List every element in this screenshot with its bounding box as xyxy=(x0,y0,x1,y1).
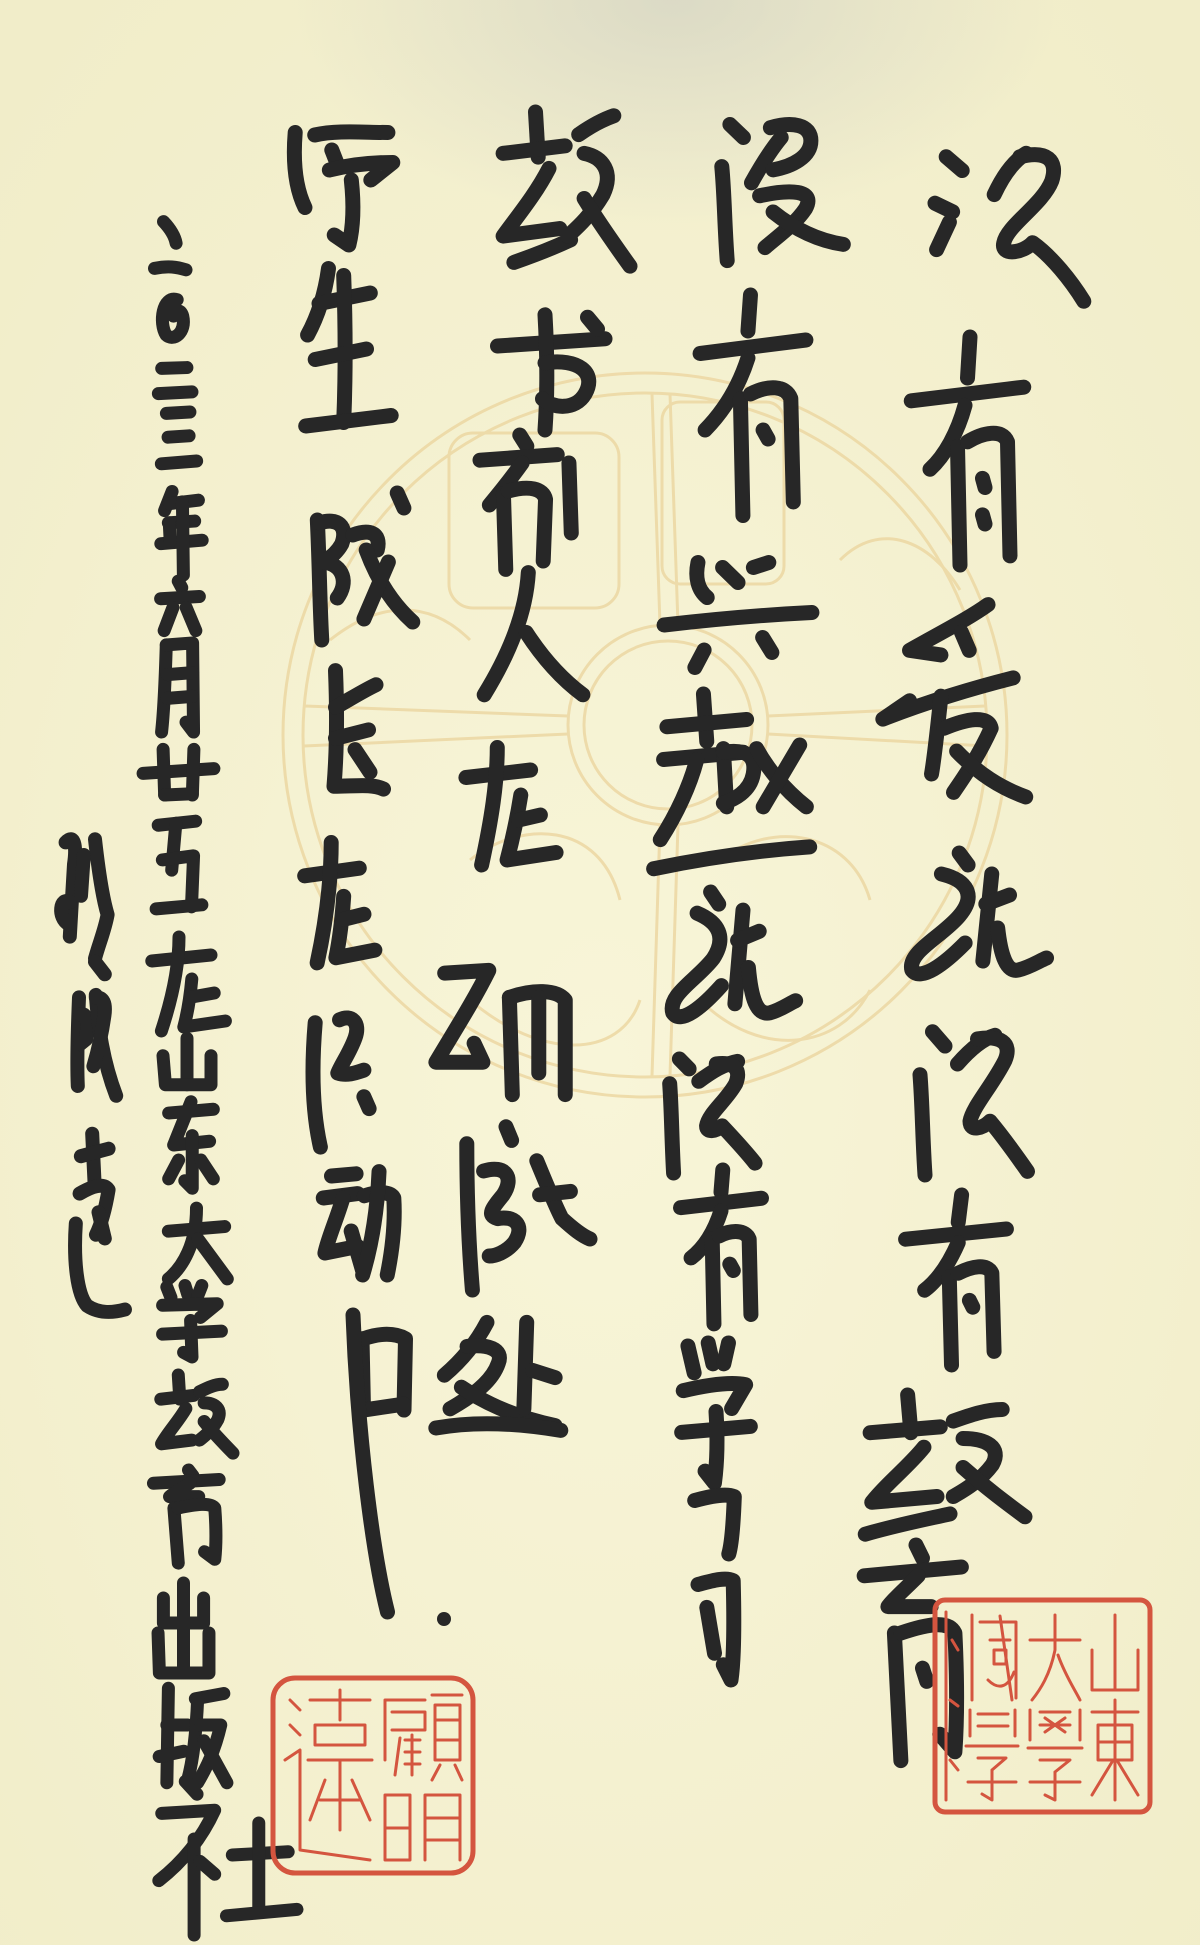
calligraphy-char: 爱 xyxy=(883,603,1026,843)
calligraphy-char: 二 xyxy=(152,219,192,295)
calligraphy-char: 山 xyxy=(160,1037,214,1098)
calligraphy-char: 五 xyxy=(156,815,203,922)
char-text: 学 xyxy=(161,1285,224,1365)
calligraphy-char: 没 xyxy=(665,1056,755,1186)
calligraphy-char: 书 xyxy=(496,313,609,438)
char-text: 东 xyxy=(163,1099,219,1198)
char-text: 二 xyxy=(157,361,195,405)
char-text: 就 xyxy=(907,853,1040,1010)
calligraphy-char: 没 xyxy=(935,146,1084,326)
calligraphy-canvas: 没 有 爱 就 xyxy=(0,0,1200,1945)
calligraphy-char: 有 xyxy=(681,1170,762,1338)
calligraphy-char: 没 xyxy=(911,1024,1027,1212)
calligraphy-char: 二 xyxy=(157,361,195,405)
char-text: 顾 xyxy=(57,835,122,1000)
char-text: 在 xyxy=(151,937,223,1042)
char-text: 远 xyxy=(70,1132,127,1329)
char-text: 细 xyxy=(437,967,569,1109)
char-text: 有 xyxy=(906,1198,1007,1376)
char-text: 在 xyxy=(304,843,374,977)
calligraphy-char: 东 xyxy=(163,1099,219,1198)
calligraphy-sheet: 没 有 爱 就 xyxy=(0,0,1200,1945)
calligraphy-char: 就 xyxy=(907,853,1046,1010)
calligraphy-char: 教 xyxy=(161,1375,233,1475)
calligraphy-char: 微 xyxy=(457,1124,590,1302)
calligraphy-char: 有 xyxy=(696,295,809,534)
seal-text: 顧明遠 xyxy=(313,1754,433,1800)
char-text: 没 xyxy=(665,1056,752,1186)
char-text: 〇 xyxy=(157,296,190,345)
char-text: 没 xyxy=(718,120,839,291)
calligraphy-char: 趣 xyxy=(654,694,810,887)
char-text: 生 xyxy=(305,267,391,451)
calligraphy-char: 月 xyxy=(157,639,199,742)
calligraphy-char: 有 xyxy=(906,1195,1007,1376)
char-text: 处 xyxy=(440,1322,568,1448)
calligraphy-char: 大 xyxy=(166,1208,227,1288)
char-text: 在 xyxy=(467,747,555,878)
char-text: 山 xyxy=(160,1037,214,1098)
calligraphy-char: 育 xyxy=(153,1470,221,1571)
char-text: 廿 xyxy=(144,748,213,811)
calligraphy-char: 顾 xyxy=(57,835,122,1000)
char-text: 二 xyxy=(152,219,192,295)
calligraphy-char: 在 xyxy=(151,937,225,1042)
calligraphy-char: 细 xyxy=(436,967,570,1109)
calligraphy-char: 有 xyxy=(911,337,1024,580)
calligraphy-char: 六 xyxy=(160,580,201,639)
calligraphy-char: 学 xyxy=(161,1285,224,1365)
calligraphy-char: 学 xyxy=(681,1343,751,1499)
calligraphy-char: 活 xyxy=(307,1008,385,1163)
char-text: 大 xyxy=(166,1208,226,1288)
char-text: 微 xyxy=(457,1124,583,1302)
char-text: 月 xyxy=(157,639,199,742)
seal-text: 山東大學國學院 xyxy=(944,1714,1140,1747)
calligraphy-char: 廿 xyxy=(143,748,214,811)
calligraphy-char: 〇 xyxy=(157,296,190,345)
char-text: 五 xyxy=(156,815,203,922)
calligraphy-char: 长 xyxy=(314,667,384,814)
char-text: 有 xyxy=(911,341,1023,580)
char-text: 六 xyxy=(160,580,201,639)
char-text: 育 xyxy=(479,438,584,584)
calligraphy-char: 就 xyxy=(669,892,796,1050)
calligraphy-char: 在 xyxy=(304,843,375,977)
char-text: 人 xyxy=(485,573,579,709)
calligraphy-char: 出 xyxy=(153,1581,213,1686)
calligraphy-char: 习 xyxy=(690,1492,740,1692)
calligraphy-char: 在 xyxy=(466,747,556,878)
calligraphy-char: 教 xyxy=(502,112,630,312)
calligraphy-char: 育 xyxy=(479,435,584,584)
char-text: 长 xyxy=(314,667,381,814)
char-text: 教 xyxy=(161,1377,229,1474)
char-text: 出 xyxy=(153,1581,213,1686)
char-text: 爱 xyxy=(883,603,1024,843)
calligraphy-char: 明 xyxy=(70,992,124,1122)
calligraphy-char: 三 xyxy=(160,408,198,481)
calligraphy-char: 人 xyxy=(484,573,583,710)
char-text: 育 xyxy=(156,1471,222,1571)
char-text: 教 xyxy=(870,1397,1017,1549)
char-text: 教 xyxy=(502,114,623,312)
calligraphy-char: 生 xyxy=(305,267,391,451)
char-text: 学 xyxy=(681,1344,751,1499)
char-text: 就 xyxy=(669,892,790,1050)
char-text: 兴 xyxy=(669,562,810,693)
calligraphy-char: 学 xyxy=(289,128,399,259)
end-mark-dot xyxy=(437,1612,451,1626)
calligraphy-char: 年 xyxy=(160,490,202,581)
char-text: 习 xyxy=(690,1492,740,1692)
char-text: 没 xyxy=(911,1024,1023,1212)
char-text: 没 xyxy=(935,146,1079,326)
calligraphy-char: 兴 xyxy=(664,562,812,693)
char-text: 有 xyxy=(696,299,809,535)
char-text: 书 xyxy=(496,313,609,438)
char-text: 学 xyxy=(289,128,399,259)
calligraphy-char: 远 xyxy=(70,1132,127,1329)
calligraphy-char: 教 xyxy=(865,1395,1025,1549)
char-text: 明 xyxy=(70,992,124,1122)
char-text: 中 xyxy=(339,1186,406,1497)
calligraphy-char: 没 xyxy=(718,120,844,291)
calligraphy-char: 处 xyxy=(436,1322,568,1448)
calligraphy-char: 成 xyxy=(310,493,413,650)
char-text: 三 xyxy=(160,408,198,481)
char-text: 有 xyxy=(681,1174,760,1338)
char-text: 成 xyxy=(310,494,410,651)
char-text: 趣 xyxy=(655,696,804,887)
char-text: 活 xyxy=(307,1008,385,1163)
char-text: 社 xyxy=(157,1778,289,1945)
char-text: 年 xyxy=(160,490,202,581)
